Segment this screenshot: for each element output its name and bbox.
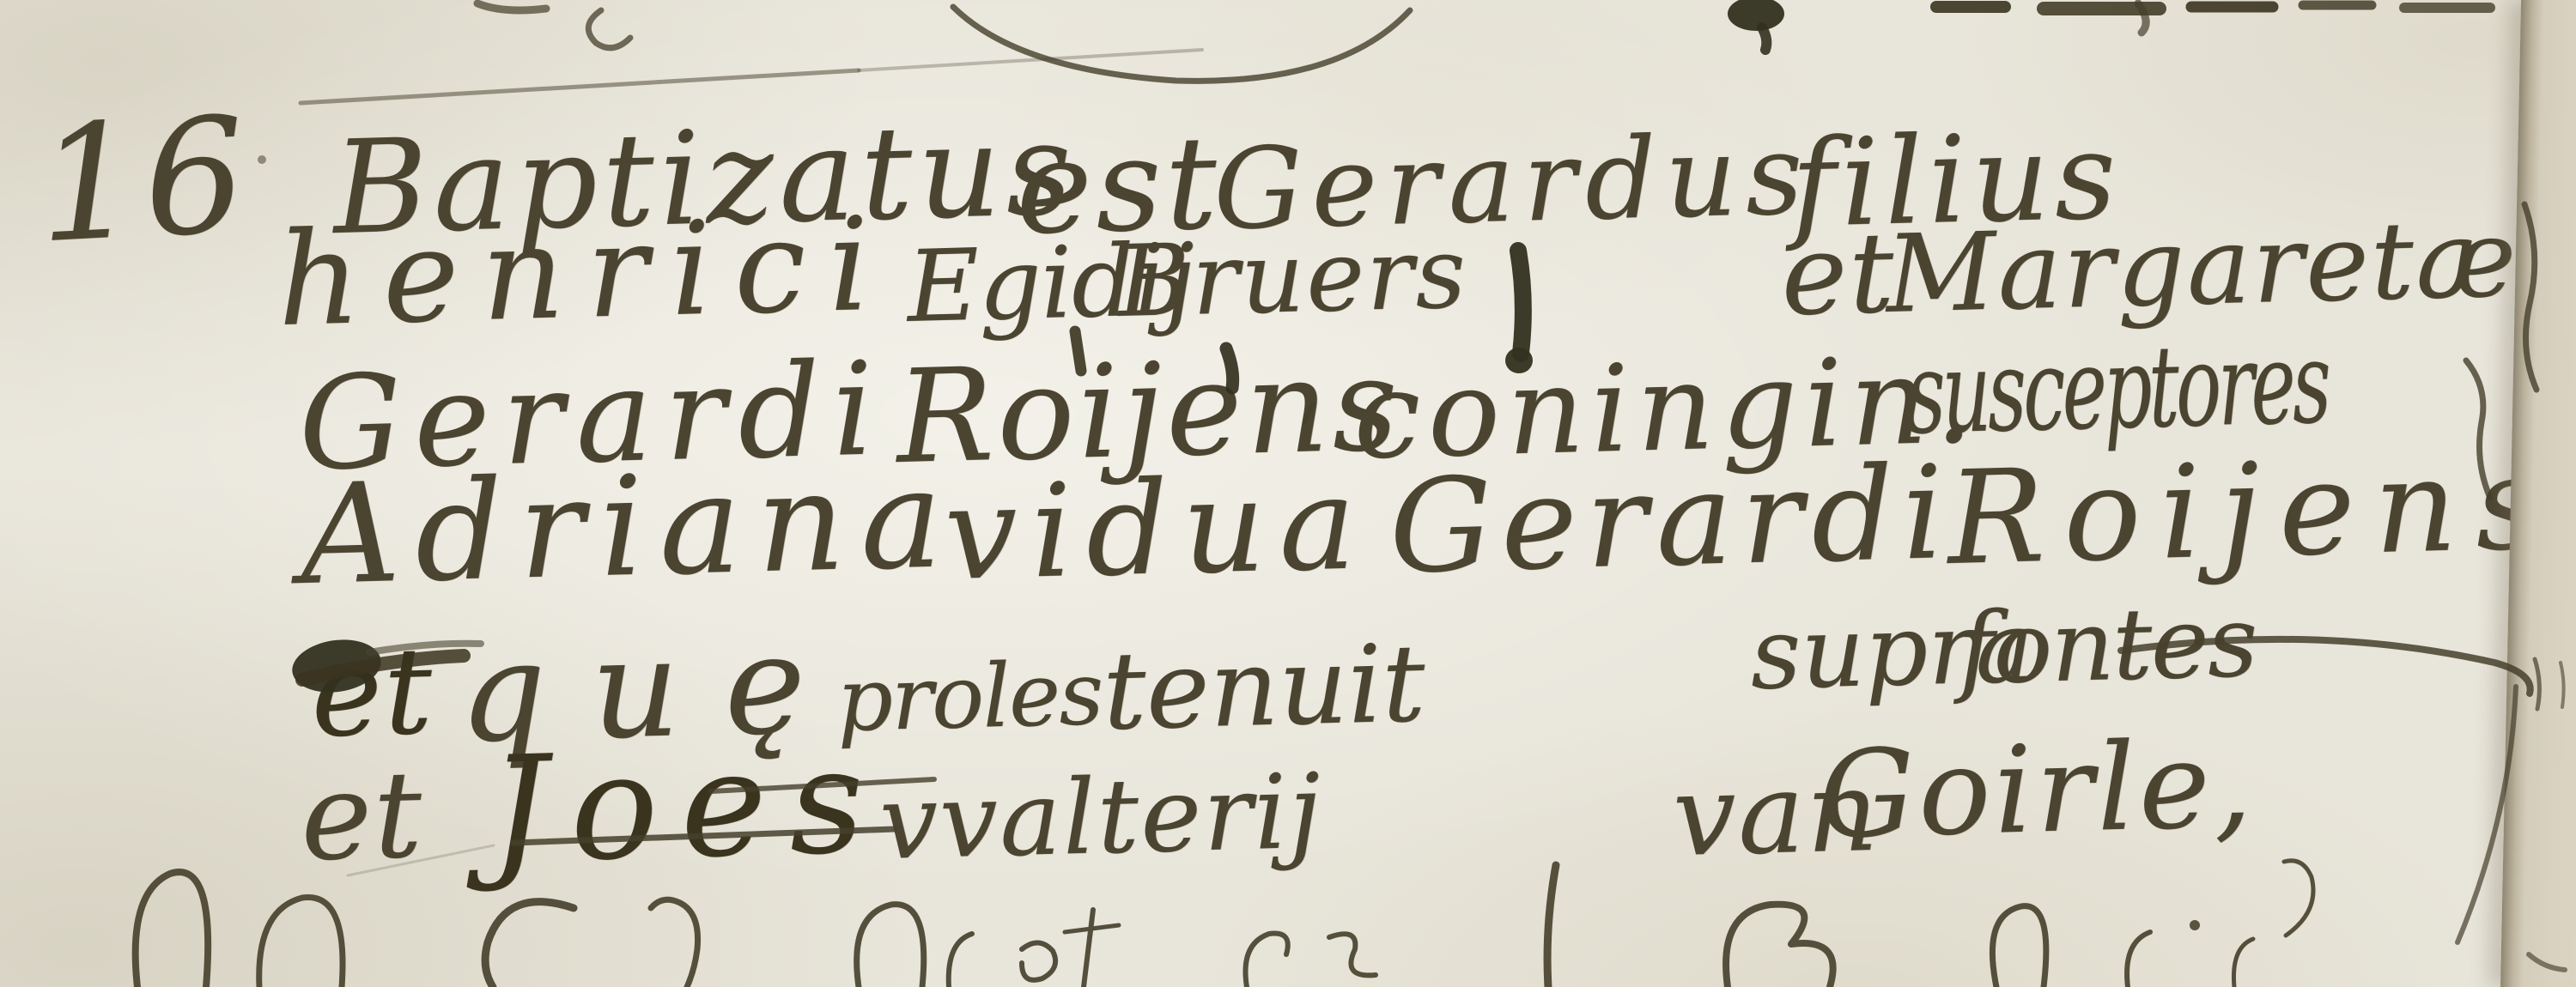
ink-dot [258, 155, 266, 164]
word-line2: henrici [276, 200, 893, 345]
top-cutoff-strokes [477, 0, 2490, 81]
word-line4: vidua [943, 459, 1371, 599]
page-edge [2500, 0, 2576, 987]
word-line4: Roijens [1946, 439, 2562, 584]
word-line4: Gerardi [1388, 449, 1953, 592]
word-line2: Bruers [1116, 224, 1468, 332]
marked-word-joes: Joes [488, 728, 889, 884]
bottom-cutoff-strokes [136, 861, 2313, 987]
word-line6: Goirle, [1817, 725, 2256, 857]
manuscript-page: 16 Baptizatus est Gerardus filius henric… [0, 0, 2576, 987]
word-line3: susceptores [1905, 327, 2330, 451]
struck-word-et: et [309, 632, 435, 755]
word-line6: et [299, 755, 425, 879]
word-line6: vvalterij [878, 761, 1324, 875]
word-line2: et [1780, 217, 1898, 331]
word-line5: fontes [1957, 593, 2257, 699]
word-line4: Adriana [299, 450, 959, 604]
word-line2: Margaretæ [1885, 205, 2519, 329]
word-line5: tenuit [1102, 630, 1427, 746]
entry-number: 16 [33, 96, 254, 266]
